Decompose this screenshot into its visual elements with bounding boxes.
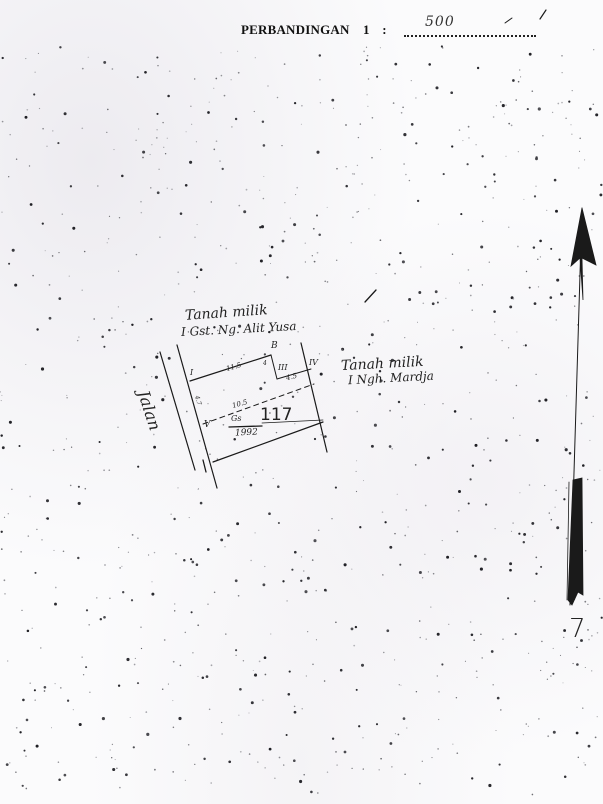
north-arrow-tail (568, 478, 583, 605)
corner-label-i: I (190, 368, 193, 377)
corner-label-v: V (204, 420, 211, 430)
road-boundary-right (177, 345, 217, 488)
land-parcel-sketch (0, 0, 603, 804)
corner-label-iv: IV (309, 358, 318, 367)
parcel-number: 117 (260, 405, 292, 425)
parcel-notch-vertical (271, 355, 277, 379)
parcel-division-dashed (203, 384, 314, 424)
scale-tick-mark (540, 10, 546, 19)
corner-label-iii: III (278, 363, 287, 372)
parcel-south-side (213, 422, 323, 462)
parcel-year: 1992 (235, 427, 258, 438)
road-tick (203, 460, 206, 472)
dimension-notch-vertical: 4 (263, 360, 267, 367)
corner-label-b: B (271, 341, 278, 351)
north-arrow-head (571, 208, 596, 300)
document-sheet: PERBANDINGAN 1 : 500 (0, 0, 603, 804)
parcel-prefix: Gs (231, 414, 242, 423)
north-arrow-label: 7 (569, 614, 586, 644)
scale-tick-mark (505, 18, 512, 23)
check-stroke (365, 290, 376, 302)
